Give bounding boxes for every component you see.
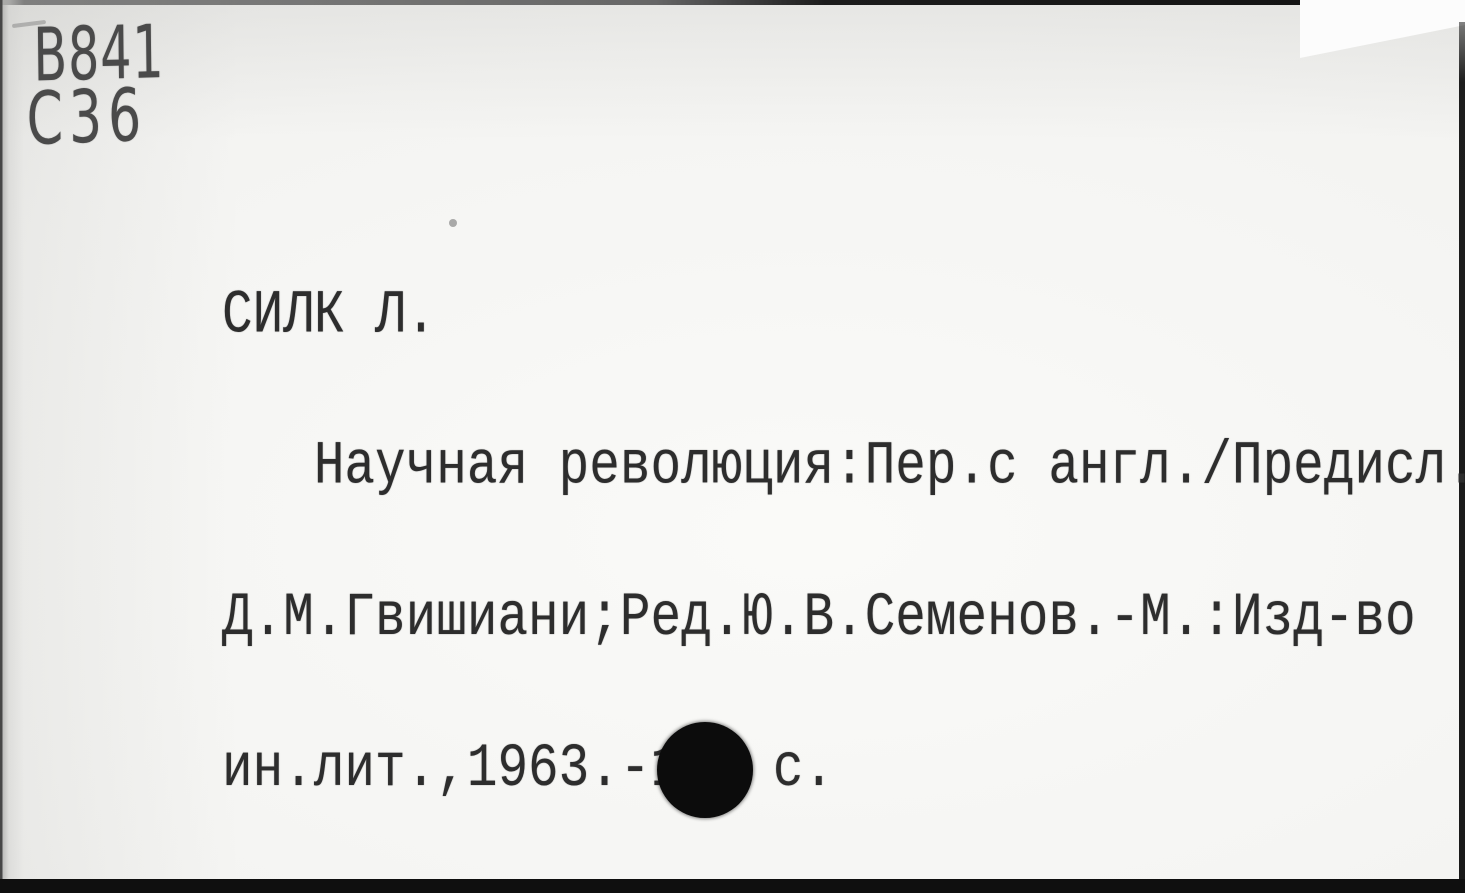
- entry-author-heading: СИЛК Л.: [222, 292, 1465, 342]
- card-left-edge-shadow: [0, 0, 24, 893]
- bottom-scan-bar: [0, 879, 1465, 893]
- entry-imprint-line: Д.М.Гвишиани;Ред.Ю.В.Семенов.-М.:Изд-во: [222, 594, 1465, 644]
- call-number-cutter: С36: [26, 80, 148, 157]
- card-top-edge-shadow: [0, 0, 1310, 5]
- punch-hole: [657, 722, 753, 818]
- scanned-catalog-card: В841 С36 СИЛК Л. Научная революция:Пер.с…: [0, 0, 1465, 893]
- bibliographic-entry: СИЛК Л. Научная революция:Пер.с англ./Пр…: [222, 191, 1465, 893]
- entry-title-line: Научная революция:Пер.с англ./Предисл.: [222, 443, 1465, 493]
- ink-speck: [449, 219, 457, 227]
- entry-collation-line: ин.лит.,1963.-170 с.: [222, 745, 1465, 795]
- scan-corner-gap: [1300, 0, 1465, 58]
